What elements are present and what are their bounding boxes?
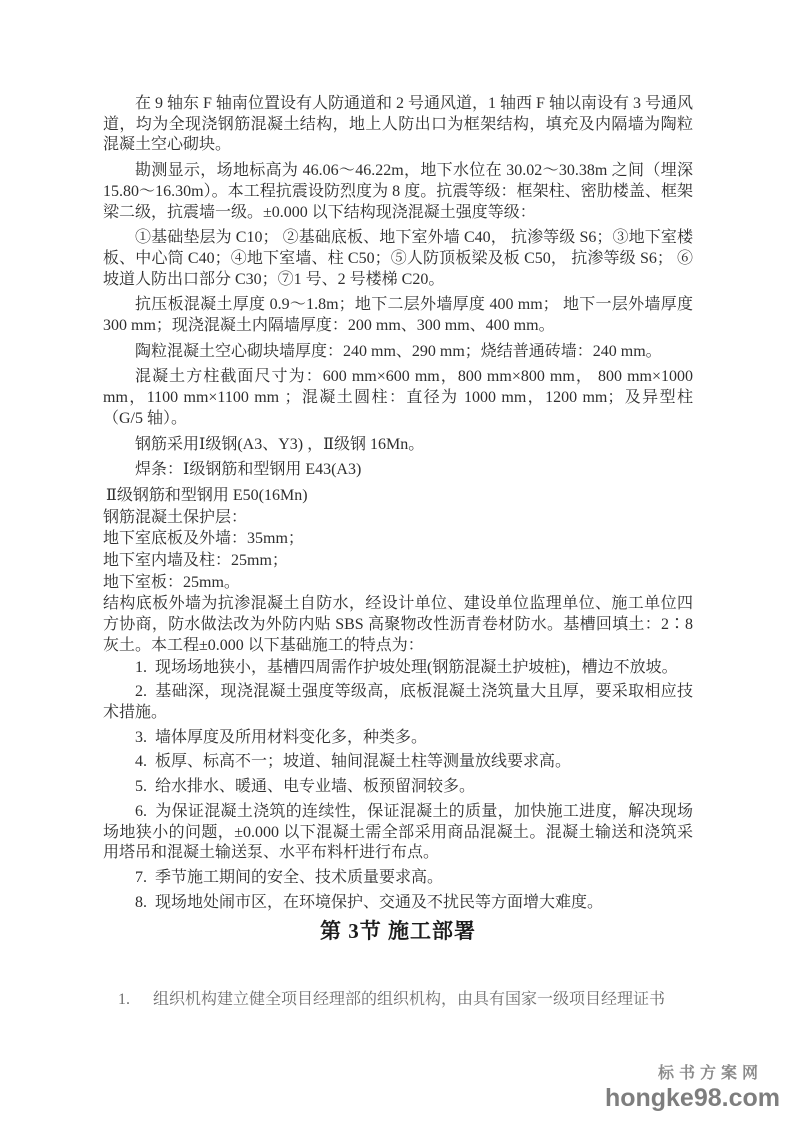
document-body: 在 9 轴东 F 轴南位置设有人防通道和 2 号通风道，1 轴西 F 轴以南设有… bbox=[103, 94, 693, 1016]
watermark-site-name: 标书方案网 bbox=[605, 1066, 763, 1083]
paragraph: 地下室底板及外墙：35mm； bbox=[103, 529, 693, 550]
watermark-site-url: hongke98.com bbox=[605, 1085, 780, 1111]
list-item-number: 1. bbox=[118, 990, 130, 1011]
paragraph: 勘测显示，场地标高为 46.06～46.22m，地下水位在 30.02～30.3… bbox=[103, 161, 693, 223]
list-item: 5. 给水排水、暖通、电专业墙、板预留洞较多。 bbox=[103, 777, 693, 798]
list-item-text: 组织机构建立健全项目经理部的组织机构，由具有国家一级项目经理证书 bbox=[153, 991, 665, 1008]
paragraph: 地下室内墙及柱：25mm； bbox=[103, 551, 693, 572]
document-page: 在 9 轴东 F 轴南位置设有人防通道和 2 号通风道，1 轴西 F 轴以南设有… bbox=[0, 0, 793, 1122]
paragraph: 陶粒混凝土空心砌块墙厚度：240 mm、290 mm；烧结普通砖墙：240 mm… bbox=[103, 342, 693, 363]
paragraph: 钢筋采用Ⅰ级钢(A3、Y3) ，Ⅱ级钢 16Mn。 bbox=[103, 435, 693, 456]
paragraph: 抗压板混凝土厚度 0.9～1.8m；地下二层外墙厚度 400 mm； 地下一层外… bbox=[103, 295, 693, 336]
watermark: 标书方案网 hongke98.com bbox=[605, 1066, 780, 1111]
paragraph: 钢筋混凝土保护层： bbox=[103, 508, 693, 529]
paragraph: Ⅱ级钢筋和型钢用 E50(16Mn) bbox=[103, 486, 693, 507]
section-heading: 第 3节 施工部署 bbox=[103, 917, 693, 946]
list-item-faded: 1.组织机构建立健全项目经理部的组织机构，由具有国家一级项目经理证书 bbox=[103, 990, 693, 1011]
list-item: 6. 为保证混凝土浇筑的连续性，保证混凝土的质量，加快施工进度，解决现场场地狭小… bbox=[103, 802, 693, 864]
list-item: 1. 现场场地狭小，基槽四周需作护坡处理(钢筋混凝土护坡桩)，槽边不放坡。 bbox=[103, 658, 693, 679]
paragraph: 地下室板：25mm。 bbox=[103, 573, 693, 594]
list-item: 2. 基础深，现浇混凝土强度等级高，底板混凝土浇筑量大且厚，要采取相应技术措施。 bbox=[103, 682, 693, 723]
list-item: 7. 季节施工期间的安全、技术质量要求高。 bbox=[103, 868, 693, 889]
paragraph: 在 9 轴东 F 轴南位置设有人防通道和 2 号通风道，1 轴西 F 轴以南设有… bbox=[103, 94, 693, 156]
list-item: 8. 现场地处闹市区，在环境保护、交通及不扰民等方面增大难度。 bbox=[103, 893, 693, 914]
paragraph: 结构底板外墙为抗渗混凝土自防水，经设计单位、建设单位监理单位、施工单位四方协商，… bbox=[103, 594, 693, 656]
list-item: 3. 墙体厚度及所用材料变化多，种类多。 bbox=[103, 728, 693, 749]
paragraph: ①基础垫层为 C10； ②基础底板、地下室外墙 C40， 抗渗等级 S6；③地下… bbox=[103, 228, 693, 290]
paragraph: 焊条：Ⅰ级钢筋和型钢用 E43(A3) bbox=[103, 460, 693, 481]
list-item: 4. 板厚、标高不一；坡道、轴间混凝土柱等测量放线要求高。 bbox=[103, 752, 693, 773]
paragraph: 混凝土方柱截面尺寸为：600 mm×600 mm，800 mm×800 mm， … bbox=[103, 367, 693, 429]
